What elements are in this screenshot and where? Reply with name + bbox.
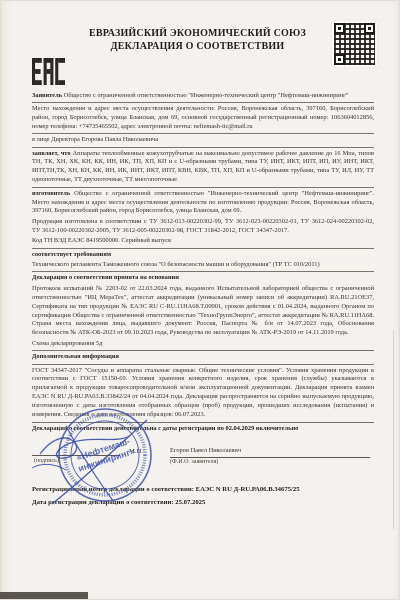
page-title: ЕВРАЗИЙСКИЙ ЭКОНОМИЧЕСКИЙ СОЮЗ ДЕКЛАРАЦИ… — [70, 27, 325, 53]
divider — [32, 248, 374, 249]
signature-line — [32, 455, 120, 456]
qr-finder-bottom-left — [334, 54, 345, 65]
additional-info-paragraph: ГОСТ 34347-2017 "Сосуды и аппараты сталь… — [32, 367, 374, 420]
additional-info-heading: Дополнительная информация — [32, 353, 374, 362]
basis-heading: Декларация о соответствии принята на осн… — [32, 274, 374, 283]
validity-line: Декларация о соответствии действительна … — [32, 425, 374, 434]
signature-block: (подпись) М.П. Егоров Павел Николаевич (… — [32, 440, 374, 482]
qr-finder-top-left — [334, 23, 345, 34]
technical-regulation-line: Технического регламента Таможенного союз… — [32, 261, 374, 270]
divider — [32, 133, 374, 134]
divider — [32, 422, 374, 423]
divider — [32, 271, 374, 272]
declaration-scheme-line: Схема декларирования 5д — [32, 340, 374, 349]
eac-mark-icon — [32, 58, 65, 85]
declaration-document: ЕВРАЗИЙСКИЙ ЭКОНОМИЧЕСКИЙ СОЮЗ ДЕКЛАРАЦИ… — [0, 0, 400, 600]
qr-finder-top-right — [364, 23, 375, 34]
production-standards-paragraph: Продукция изготовлена в соответствии с Т… — [32, 218, 374, 236]
signature-caption: (подпись) — [34, 457, 59, 466]
scan-artifact — [0, 592, 88, 599]
title-line-declaration: ДЕКЛАРАЦИЯ О СООТВЕТСТВИИ — [70, 40, 325, 53]
applicant-label: Заявитель — [32, 92, 62, 99]
divider — [32, 102, 374, 103]
compliance-heading: соответствует требованиям — [32, 251, 374, 260]
tnved-code-line: Код ТН ВЭД ЕАЭС 8419500000. Серийный вып… — [32, 237, 374, 246]
registration-number-value: ЕАЭС N RU Д-RU.РА06.В.34675/25 — [196, 486, 300, 493]
applicant-name-caption: (Ф.И.О. заявителя) — [170, 459, 218, 465]
qr-code-icon — [331, 20, 378, 68]
manufacturer-paragraph: изготовитель Общество с ограниченной отв… — [32, 190, 374, 217]
applicant-address-paragraph: Место нахождения и адрес места осуществл… — [32, 105, 374, 132]
manufacturer-label: изготовитель — [32, 190, 70, 197]
product-description: Аппараты теплообменные кожухотрубчатые н… — [32, 150, 374, 184]
divider — [32, 147, 374, 148]
divider — [32, 350, 374, 351]
document-body: Заявитель Общество с ограниченной ответс… — [32, 90, 374, 512]
divider — [32, 187, 374, 188]
divider — [32, 364, 374, 365]
registration-number-line: Регистрационный номер декларации о соотв… — [32, 486, 374, 495]
registration-date-line: Дата регистрации декларации о соответств… — [32, 499, 374, 508]
manufacturer-text: Общество с ограниченной ответственностью… — [32, 190, 374, 215]
applicant-text: Общество с ограниченной ответственностью… — [64, 92, 349, 99]
scan-edge-line — [393, 330, 394, 530]
declares-label: заявляет, что — [32, 150, 71, 157]
applicant-paragraph: Заявитель Общество с ограниченной ответс… — [32, 92, 374, 101]
applicant-full-name: Егоров Павел Николаевич — [170, 447, 370, 458]
product-declaration-paragraph: заявляет, что Аппараты теплообменные кож… — [32, 150, 374, 186]
basis-paragraph: Протокола испытаний № 2203-02 от 22.03.2… — [32, 285, 374, 338]
registration-date-value: 25.07.2025 — [175, 499, 205, 506]
title-line-union: ЕВРАЗИЙСКИЙ ЭКОНОМИЧЕСКИЙ СОЮЗ — [70, 27, 325, 40]
registration-block: Регистрационный номер декларации о соотв… — [32, 486, 374, 508]
applicant-name-block: Егоров Павел Николаевич (Ф.И.О. заявител… — [170, 447, 370, 467]
representative-line: в лице Директора Егорова Павла Николаеви… — [32, 136, 374, 145]
stamp-place-label: М.П. — [129, 448, 143, 457]
